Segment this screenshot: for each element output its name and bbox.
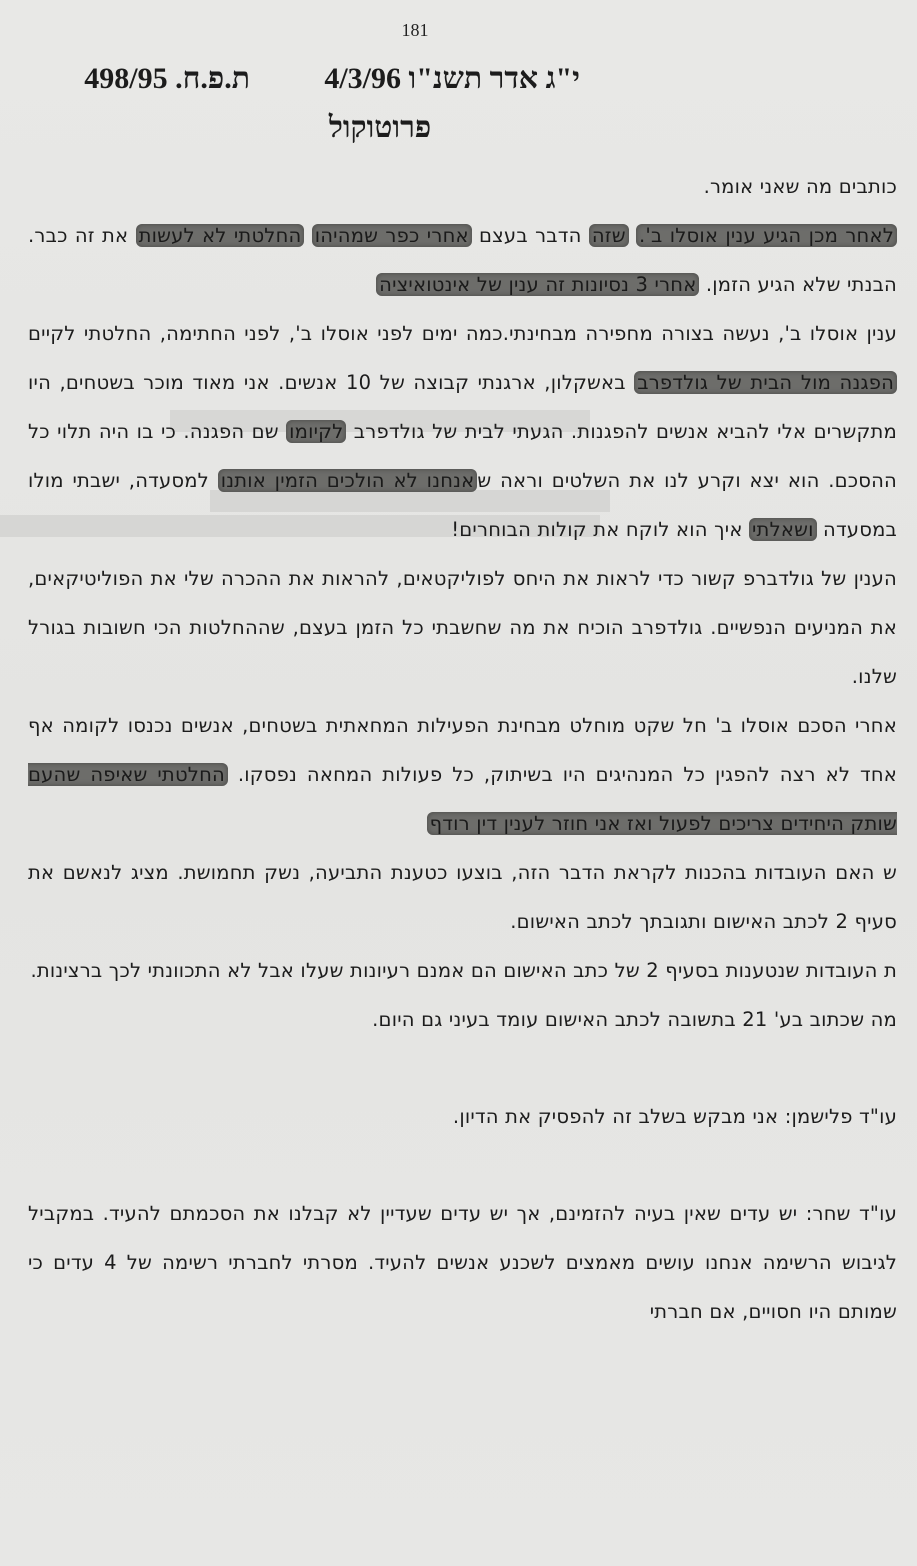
paragraph-text: הדבר בעצם <box>472 224 589 247</box>
redaction-highlight: אחרי כפר שמהיהו <box>312 224 472 247</box>
paragraph-text: ת העובדות שנטענות בסעיף 2 של כתב האישום … <box>30 959 897 982</box>
paragraph: מה שכתוב בע' 21 בתשובה לכתב האישום עומד … <box>28 995 897 1044</box>
redaction-highlight: הפגנה מול הבית של גולדפרב <box>634 371 897 394</box>
paragraph-text <box>629 224 636 247</box>
document-page: 181 י"ג אדר תשנ"ו 4/3/96 ת.פ.ח. 498/95 פ… <box>0 0 917 1566</box>
paragraph-text: כותבים מה שאני אומר. <box>704 175 897 198</box>
document-header-case: ת.פ.ח. 498/95 <box>0 62 250 102</box>
header-case-number: ת.פ.ח. 498/95 <box>84 62 250 96</box>
document-body: כותבים מה שאני אומר.לאחר מכן הגיע ענין א… <box>28 162 897 1336</box>
paragraph-text: עו"ד שחר: יש עדים שאין בעיה להזמינם, אך … <box>28 1202 897 1323</box>
redaction-highlight: אנחנו לא הולכים הזמין אותנו <box>218 469 478 492</box>
paragraph: כותבים מה שאני אומר. <box>28 162 897 211</box>
header-date: י"ג אדר תשנ"ו 4/3/96 <box>324 62 580 96</box>
paragraph-text: מה שכתוב בע' 21 בתשובה לכתב האישום עומד … <box>372 1008 897 1031</box>
paragraph: לאחר מכן הגיע ענין אוסלו ב'. שזה הדבר בע… <box>28 211 897 309</box>
redaction-highlight: לאחר מכן הגיע ענין אוסלו ב'. <box>636 224 897 247</box>
paragraph-text: עו"ד פלישמן: אני מבקש בשלב זה להפסיק את … <box>453 1105 897 1128</box>
paragraph: ת העובדות שנטענות בסעיף 2 של כתב האישום … <box>28 946 897 995</box>
paragraph: הענין של גולדברפ קשור כדי לראות את היחס … <box>28 554 897 701</box>
paragraph-text: איך הוא לוקח את קולות הבוחרים! <box>451 518 749 541</box>
page-number: 181 <box>0 20 830 41</box>
paragraph: עו"ד פלישמן: אני מבקש בשלב זה להפסיק את … <box>28 1092 897 1141</box>
redaction-highlight: החלטתי לא לעשות <box>136 224 305 247</box>
paragraph: אחרי הסכם אוסלו ב' חל שקט מוחלט מבחינת ה… <box>28 701 897 848</box>
redaction-highlight: לקיומו <box>286 420 346 443</box>
paragraph-spacer <box>28 1044 897 1092</box>
redaction-highlight: ושאלתי <box>749 518 817 541</box>
paragraph: עו"ד שחר: יש עדים שאין בעיה להזמינם, אך … <box>28 1189 897 1336</box>
paragraph-text: הענין של גולדברפ קשור כדי לראות את היחס … <box>28 567 897 688</box>
document-title: פרוטוקול <box>0 110 760 145</box>
paragraph-text: ש האם העובדות בהכנות לקראת הדבר הזה, בוצ… <box>28 861 897 933</box>
redaction-highlight: אחרי 3 נסיונות זה ענין של אינטואיציה <box>376 273 699 296</box>
paragraph-spacer <box>28 1141 897 1189</box>
paragraph: ענין אוסלו ב', נעשה בצורה מחפירה מבחינתי… <box>28 309 897 554</box>
paragraph-text <box>304 224 311 247</box>
paragraph: ש האם העובדות בהכנות לקראת הדבר הזה, בוצ… <box>28 848 897 946</box>
redaction-highlight: שזה <box>589 224 629 247</box>
paragraph-text: ענין אוסלו ב', נעשה בצורה מחפירה מבחינתי… <box>28 322 897 345</box>
